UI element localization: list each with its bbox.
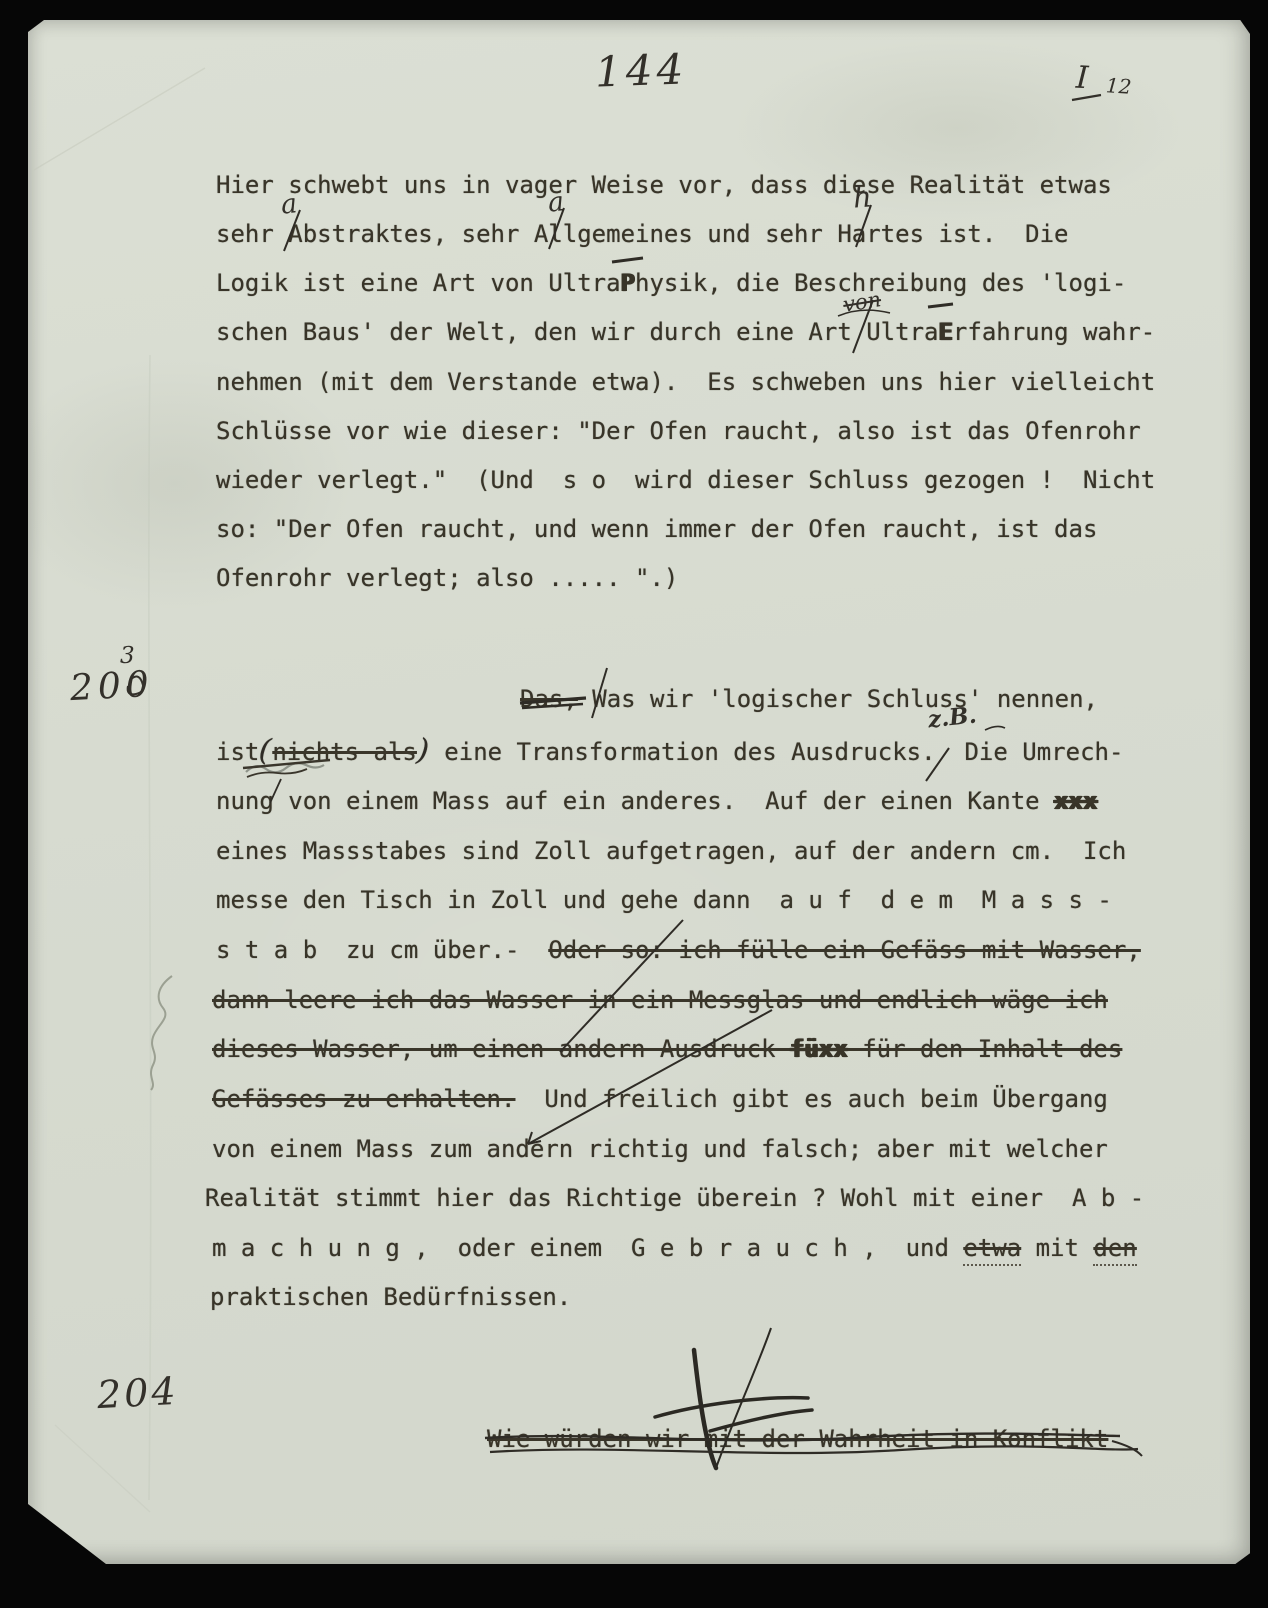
correction-dash [928,304,953,307]
typed-text: Und freilich gibt es auch beim Übergang [515,1085,1107,1113]
crease-line [55,1425,150,1512]
typed-line: Realität stimmt hier das Richtige überei… [205,1183,1144,1213]
typed-line: Gefässes zu erhalten. Und freilich gibt … [212,1084,1108,1114]
typed-line: schen Baus' der Welt, den wir durch eine… [216,317,1155,347]
typed-line: Wie würden wir mit der Wahrheit in Konfl… [487,1424,1108,1454]
typed-line: Logik ist eine Art von UltraPhysik, die … [216,268,1126,298]
struck-text: dieses Wasser, um einen andern Ausdruck [212,1035,790,1063]
typed-line: m a c h u n g , oder einem G e b r a u c… [212,1233,1137,1263]
struck-text: dann leere ich das Wasser in ein Messgla… [212,986,1108,1014]
typed-text: eine Transformation des Ausdrucks. Die U… [430,738,1124,766]
typed-line: messe den Tisch in Zoll und gehe dann a … [216,885,1112,915]
handwritten-correction-h: h [852,179,873,214]
typed-line: Hier schwebt uns in vager Weise vor, das… [216,170,1112,200]
margin-number-204: 204 [96,1369,180,1417]
typed-line: Das, Was wir 'logischer Schluss' nennen, [520,684,1098,714]
typed-line: eines Massstabes sind Zoll aufgetragen, … [216,836,1126,866]
typed-line: nung von einem Mass auf ein anderes. Auf… [216,786,1097,816]
handwritten-insert-zb: z.B. [927,702,978,734]
strike-line [1112,1441,1142,1456]
typed-text: ist [216,738,259,766]
typed-text: schen Baus' der Welt, den wir durch eine… [216,318,938,346]
typed-line: sehr Abstraktes, sehr Allgemeines und se… [216,219,1069,249]
typed-line: von einem Mass zum andern richtig und fa… [212,1134,1108,1164]
struck-text: Das, [520,685,578,713]
typed-text: hysik, die Beschreibung des 'logi- [635,269,1126,297]
typed-text: s t a b zu cm über.- [216,936,548,964]
struck-text: nichts als [272,738,417,766]
crease-line [34,68,205,170]
handwritten-correction-a: a [546,186,565,219]
typed-line: dieses Wasser, um einen andern Ausdruck … [212,1034,1122,1064]
handwritten-folio-ref-roman: I [1075,60,1089,97]
typescript-page: 144 I 12 Hier schwebt uns in vager Weise… [0,0,1268,1608]
typed-text: Logik ist eine Art von Ultra [216,269,621,297]
typed-line: s t a b zu cm über.- Oder so: ich fülle … [216,935,1141,965]
handwritten-page-number: 144 [594,44,688,96]
typed-line: wieder verlegt." (Und s o wird dieser Sc… [216,465,1155,495]
overtyped-letter: E [938,318,952,346]
typed-line: ist(nichts als) eine Transformation des … [216,736,1123,767]
typed-line: Schlüsse vor wie dieser: "Der Ofen rauch… [216,416,1141,446]
flourish-stroke [985,726,1005,730]
correction-dash [612,258,643,262]
typed-text: m a c h u n g , oder einem G e b r a u c… [212,1234,963,1262]
overtyped-deleted-chars: füxx [790,1035,848,1063]
typed-line: nehmen (mit dem Verstande etwa). Es schw… [216,367,1155,397]
struck-text: für den Inhalt des [848,1035,1123,1063]
handwritten-correction-a: a [279,188,298,221]
typed-text: nung von einem Mass auf ein anderes. Auf… [216,787,1054,815]
typed-line: so: "Der Ofen raucht, und wenn immer der… [216,514,1097,544]
crease-line [149,355,151,1500]
typed-line: dann leere ich das Wasser in ein Messgla… [212,985,1108,1015]
handwritten-folio-ref-number: 12 [1105,73,1132,99]
struck-text-with-stet-dots: den [1093,1234,1136,1266]
scribble-strike [247,769,307,777]
handwritten-insert-von: von [841,287,882,317]
struck-text-with-stet-dots: etwa [963,1234,1021,1266]
margin-number-200: 200 [69,664,155,709]
struck-text: Oder so: ich fülle ein Gefäss mit Wasser… [548,936,1140,964]
typed-text: Was wir 'logischer Schluss' nennen, [578,685,1098,713]
typed-line: Ofenrohr verlegt; also ..... ".) [216,563,678,593]
overtyped-deleted-chars: xxx [1054,787,1097,815]
typed-text: rfahrung wahr- [953,318,1155,346]
struck-text: Wie würden wir mit der Wahrheit in Konfl… [487,1425,1108,1453]
curved-deletion-stroke [655,1398,808,1417]
typed-text: mit [1021,1234,1093,1262]
diagonal-deletion-stroke [528,1010,772,1144]
pencil-squiggle [151,976,172,1090]
struck-text: Gefässes zu erhalten. [212,1085,515,1113]
typed-line: praktischen Bedürfnissen. [210,1282,571,1312]
overtyped-letter: P [621,269,635,297]
